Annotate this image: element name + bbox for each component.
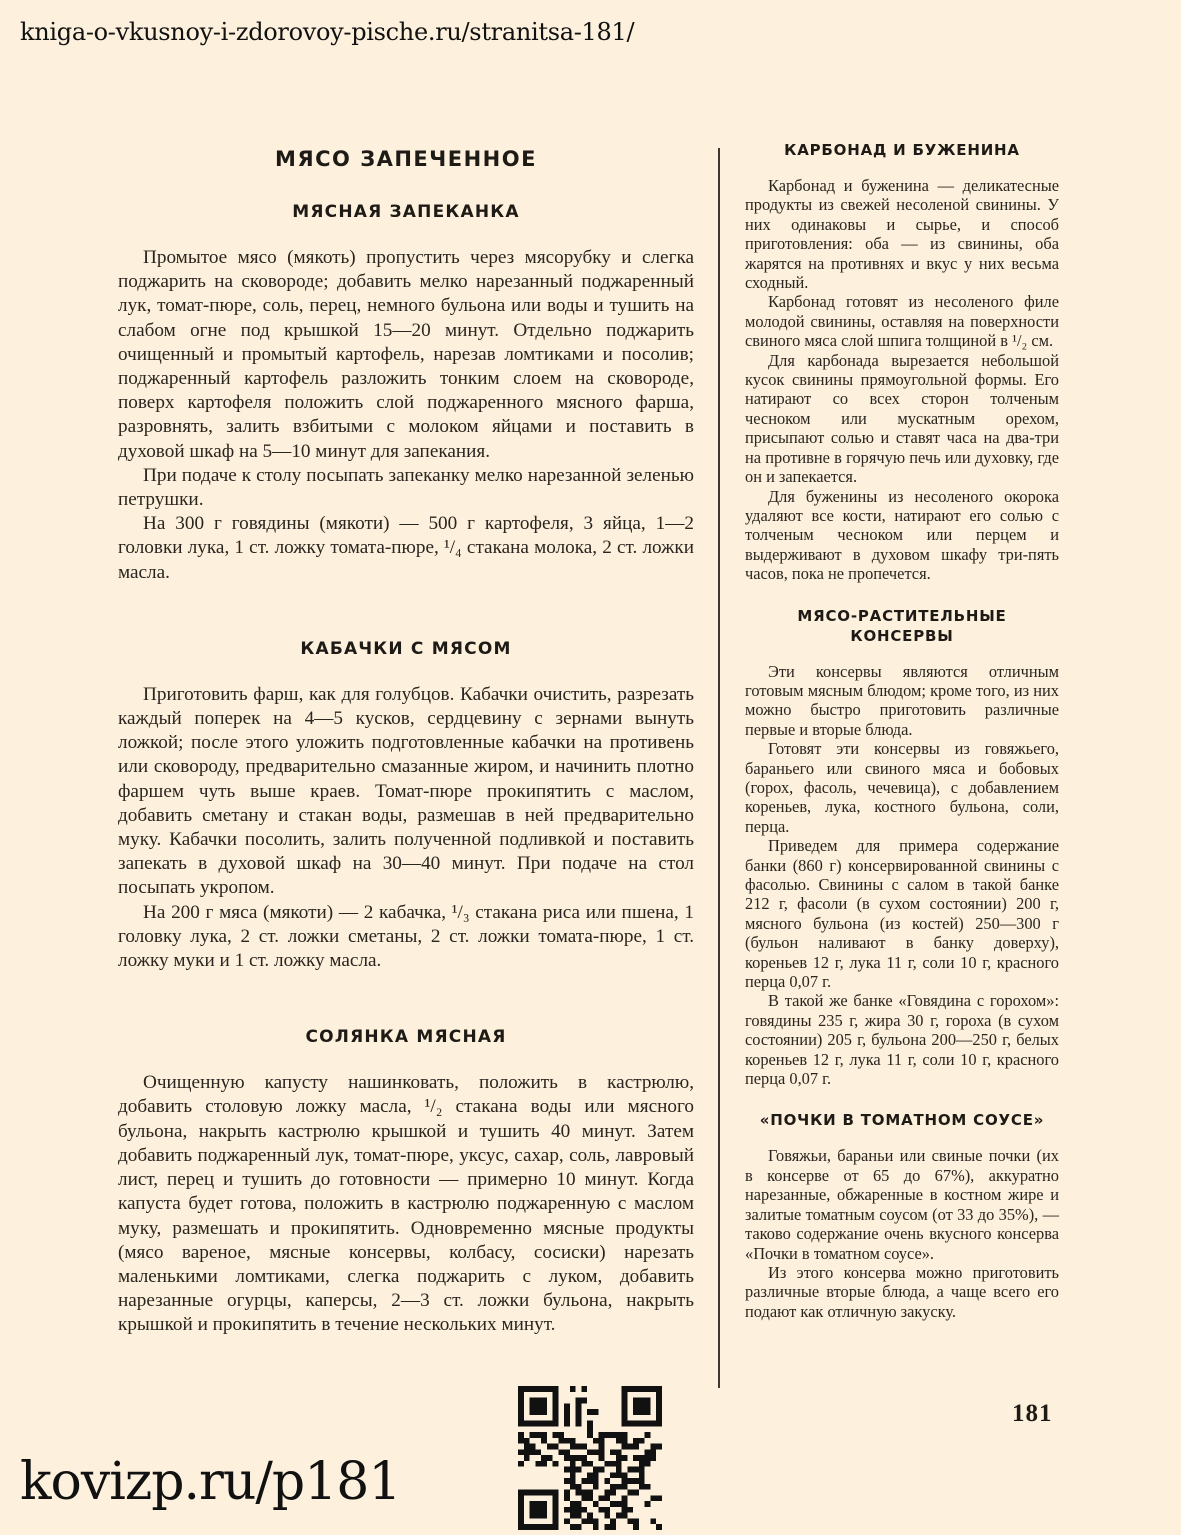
paragraph: Приготовить фарш, как для голубцов. Каба… (118, 683, 694, 901)
paragraph: Карбонад и буженина — деликатесные проду… (745, 176, 1059, 292)
qr-code-icon[interactable] (518, 1386, 662, 1530)
paragraph: Приведем для примера содержание банки (8… (745, 836, 1059, 991)
left-column: МЯСО ЗАПЕЧЕННОЕ МЯСНАЯ ЗАПЕКАНКА Промыто… (118, 140, 694, 1338)
paragraph: Эти консервы являются отличным готовым м… (745, 662, 1059, 740)
paragraph: Карбонад готовят из несоленого филе моло… (745, 292, 1059, 350)
short-url-link[interactable]: kovizp.ru/p181 (20, 1452, 400, 1512)
paragraph: Очищенную капусту нашинковать, положить … (118, 1071, 694, 1337)
chapter-title: МЯСО ЗАПЕЧЕННОЕ (118, 146, 694, 200)
recipe-meat-casserole: МЯСНАЯ ЗАПЕКАНКА Промытое мясо (мякоть) … (118, 200, 694, 585)
article-title: КАРБОНАД И БУЖЕНИНА (745, 140, 1059, 160)
article-kidneys-in-tomato-sauce: «ПОЧКИ В ТОМАТНОМ СОУСЕ» Говяжьи, барань… (745, 1110, 1059, 1321)
ingredients-paragraph: На 200 г мяса (мякоти) — 2 кабачка, ¹/₃ … (118, 901, 694, 974)
ingredients-paragraph: На 300 г говядины (мякоти) — 500 г карто… (118, 512, 694, 585)
paragraph: Говяжьи, бараньи или свиные почки (их в … (745, 1146, 1059, 1262)
recipe-title: МЯСНАЯ ЗАПЕКАНКА (118, 200, 694, 224)
paragraph: При подаче к столу посыпать запеканку ме… (118, 464, 694, 512)
recipe-title: СОЛЯНКА МЯСНАЯ (118, 1025, 694, 1049)
article-carbonade-and-boiled-pork: КАРБОНАД И БУЖЕНИНА Карбонад и буженина … (745, 140, 1059, 584)
article-title: «ПОЧКИ В ТОМАТНОМ СОУСЕ» (745, 1110, 1059, 1130)
recipe-title: КАБАЧКИ С МЯСОМ (118, 637, 694, 661)
paragraph: Готовят эти консервы из говяжьего, баран… (745, 739, 1059, 836)
recipe-meat-solyanka: СОЛЯНКА МЯСНАЯ Очищенную капусту нашинко… (118, 1025, 694, 1337)
right-column: КАРБОНАД И БУЖЕНИНА Карбонад и буженина … (745, 140, 1059, 1321)
source-url-link[interactable]: kniga-o-vkusnoy-i-zdorovoy-pische.ru/str… (20, 18, 634, 46)
paragraph: Промытое мясо (мякоть) пропустить через … (118, 246, 694, 464)
column-divider (718, 148, 720, 1388)
page-number: 181 (1012, 1400, 1053, 1428)
article-title: МЯСО-РАСТИТЕЛЬНЫЕ КОНСЕРВЫ (745, 606, 1059, 646)
paragraph: Из этого консерва можно приготовить разл… (745, 1263, 1059, 1321)
paragraph: В такой же банке «Говядина с горохом»: г… (745, 991, 1059, 1088)
article-meat-vegetable-canned: МЯСО-РАСТИТЕЛЬНЫЕ КОНСЕРВЫ Эти консервы … (745, 606, 1059, 1089)
paragraph: Для буженины из несоленого окорока удаля… (745, 487, 1059, 584)
recipe-zucchini-with-meat: КАБАЧКИ С МЯСОМ Приготовить фарш, как дл… (118, 637, 694, 973)
paragraph: Для карбонада вырезается небольшой кусок… (745, 351, 1059, 487)
